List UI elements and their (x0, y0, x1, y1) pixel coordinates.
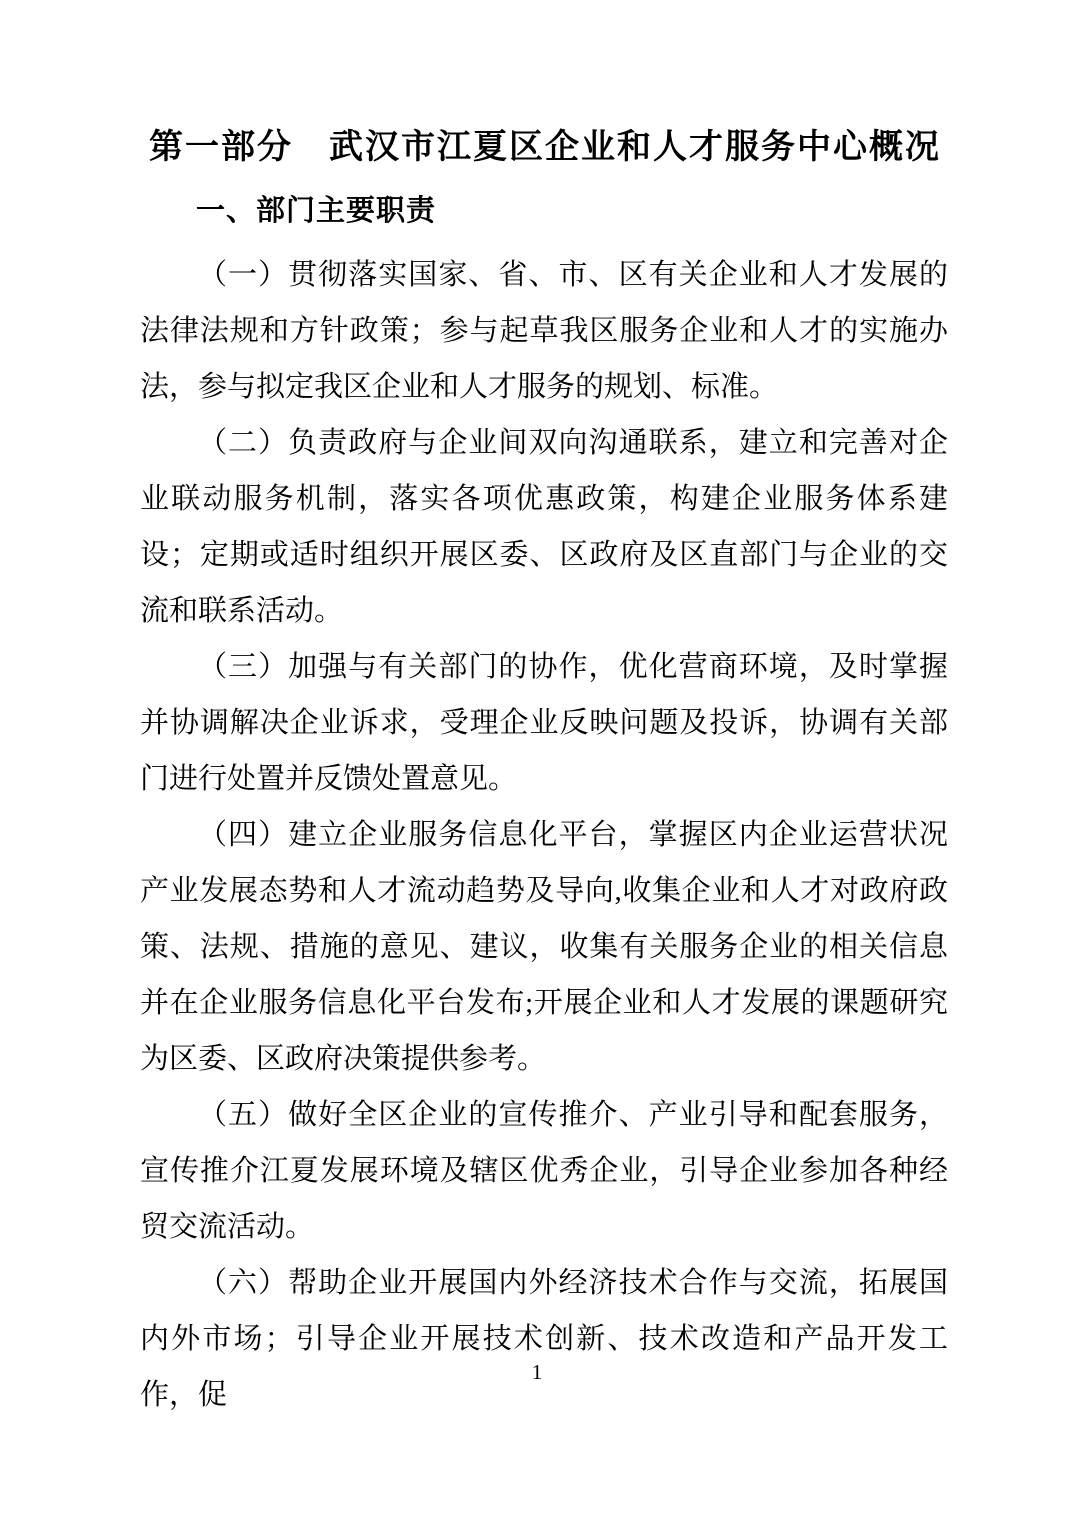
page-title: 第一部分 武汉市江夏区企业和人才服务中心概况 (140, 126, 950, 170)
document-body: （一）贯彻落实国家、省、市、区有关企业和人才发展的法律法规和方针政策；参与起草我… (140, 247, 948, 1423)
paragraph: （四）建立企业服务信息化平台，掌握区内企业运营状况产业发展态势和人才流动趋势及导… (140, 807, 948, 1087)
paragraph: （二）负责政府与企业间双向沟通联系，建立和完善对企业联动服务机制，落实各项优惠政… (140, 415, 948, 639)
document-page: 第一部分 武汉市江夏区企业和人才服务中心概况 一、部门主要职责 （一）贯彻落实国… (0, 0, 1074, 1520)
section-heading: 一、部门主要职责 (140, 192, 950, 230)
page-number: 1 (0, 1358, 1074, 1386)
paragraph: （六）帮助企业开展国内外经济技术合作与交流，拓展国内外市场；引导企业开展技术创新… (140, 1255, 948, 1423)
paragraph: （一）贯彻落实国家、省、市、区有关企业和人才发展的法律法规和方针政策；参与起草我… (140, 247, 948, 415)
paragraph: （三）加强与有关部门的协作，优化营商环境，及时掌握并协调解决企业诉求，受理企业反… (140, 639, 948, 807)
paragraph: （五）做好全区企业的宣传推介、产业引导和配套服务，宣传推介江夏发展环境及辖区优秀… (140, 1087, 948, 1255)
